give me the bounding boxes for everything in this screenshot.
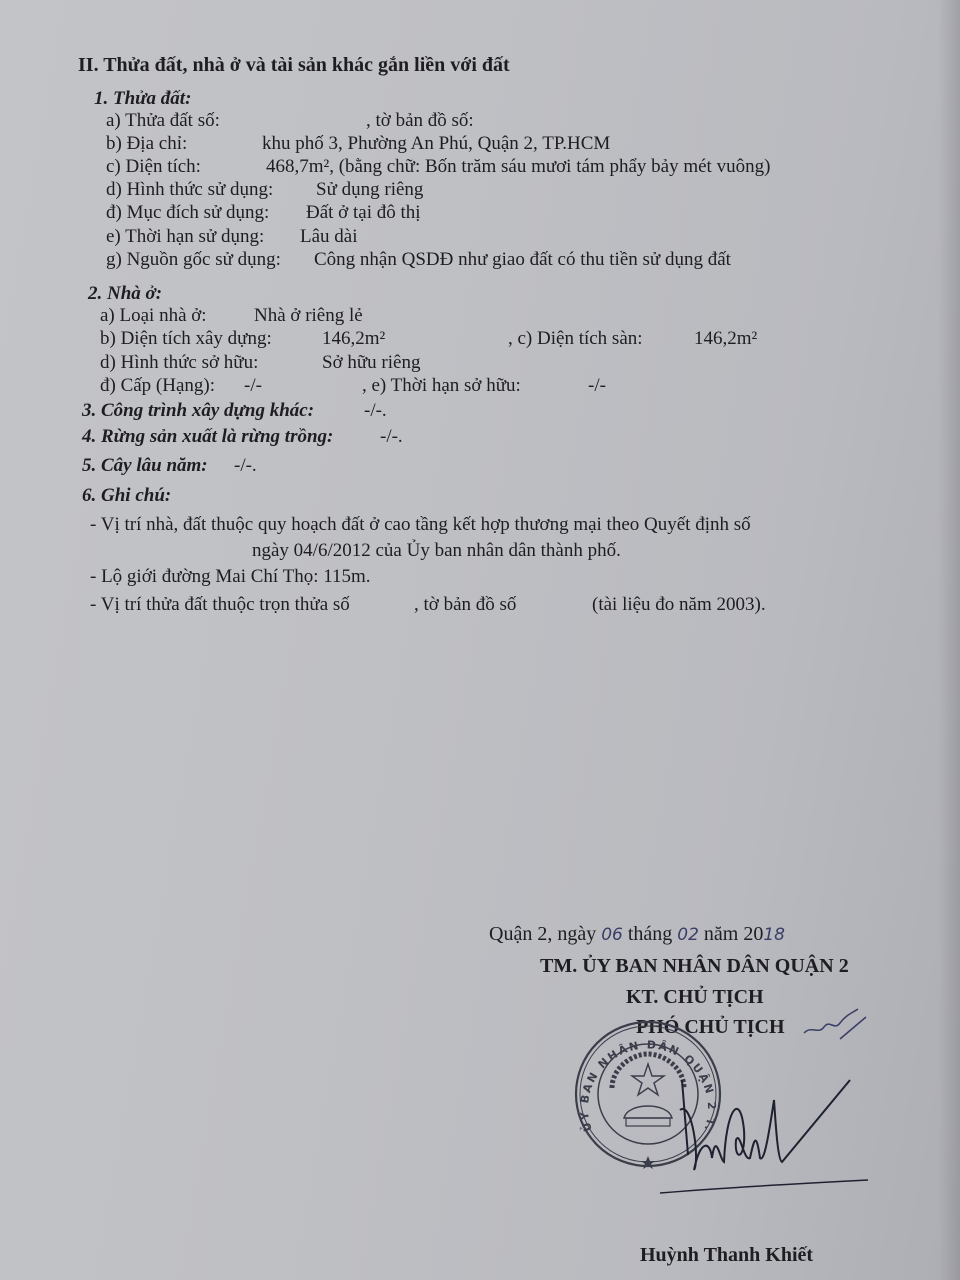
- land-origin-label: g) Nguồn gốc sử dụng:: [106, 249, 281, 271]
- forest-value: -/-.: [380, 426, 403, 448]
- signing-organization: TM. ỦY BAN NHÂN DÂN QUẬN 2: [540, 955, 849, 977]
- land-parcel-label: a) Thửa đất số:: [106, 110, 220, 132]
- initial-mark-icon: [800, 1005, 870, 1045]
- date-place: Quận 2, ngày: [489, 923, 596, 945]
- date-year-label: năm 20: [704, 923, 763, 945]
- land-heading: 1. Thửa đất:: [94, 88, 191, 110]
- house-build-area-label: b) Diện tích xây dựng:: [100, 328, 272, 350]
- perennial-heading: 5. Cây lâu năm:: [82, 455, 208, 477]
- house-floor-area-label: , c) Diện tích sàn:: [508, 328, 643, 350]
- notes-line-3b: , tờ bản đồ số: [414, 594, 516, 616]
- signer-name: Huỳnh Thanh Khiết: [640, 1244, 813, 1266]
- house-build-area-value: 146,2m²: [322, 328, 385, 350]
- house-heading: 2. Nhà ở:: [88, 283, 162, 305]
- signature-mark-icon: [640, 1070, 870, 1200]
- land-term-label: e) Thời hạn sử dụng:: [106, 226, 264, 248]
- date-month-label: tháng: [628, 923, 672, 945]
- land-area-value: 468,7m², (bằng chữ: Bốn trăm sáu mươi tá…: [266, 156, 770, 178]
- section-title: II. Thửa đất, nhà ở và tài sản khác gắn …: [78, 54, 510, 76]
- house-ownership-value: Sở hữu riêng: [322, 352, 420, 374]
- house-type-value: Nhà ở riêng lẻ: [254, 305, 363, 327]
- house-ownership-label: d) Hình thức sở hữu:: [100, 352, 258, 374]
- land-purpose-label: đ) Mục đích sử dụng:: [106, 202, 269, 224]
- land-area-label: c) Diện tích:: [106, 156, 201, 178]
- house-grade-label: đ) Cấp (Hạng):: [100, 375, 215, 397]
- land-use-form-value: Sử dụng riêng: [316, 179, 423, 201]
- forest-heading: 4. Rừng sản xuất là rừng trồng:: [82, 426, 333, 448]
- land-origin-value: Công nhận QSDĐ như giao đất có thu tiền …: [314, 249, 731, 271]
- land-purpose-value: Đất ở tại đô thị: [306, 202, 421, 224]
- date-month: 02: [677, 925, 699, 945]
- land-term-value: Lâu dài: [300, 226, 358, 248]
- other-works-heading: 3. Công trình xây dựng khác:: [82, 400, 314, 422]
- house-floor-area-value: 146,2m²: [694, 328, 757, 350]
- notes-line-3a: - Vị trí thửa đất thuộc trọn thửa số: [90, 594, 350, 616]
- notes-line-3c: (tài liệu đo năm 2003).: [592, 594, 766, 616]
- notes-line-2: - Lộ giới đường Mai Chí Thọ: 115m.: [90, 566, 371, 588]
- date-day: 06: [601, 925, 623, 945]
- notes-line-1b: ngày 04/6/2012 của Ủy ban nhân dân thành…: [252, 540, 621, 562]
- land-address-value: khu phố 3, Phường An Phú, Quận 2, TP.HCM: [262, 133, 610, 155]
- perennial-value: -/-.: [234, 455, 257, 477]
- notes-heading: 6. Ghi chú:: [82, 485, 171, 507]
- house-own-term-label: , e) Thời hạn sở hữu:: [362, 375, 521, 397]
- land-address-label: b) Địa chỉ:: [106, 133, 187, 155]
- land-map-label: , tờ bản đồ số:: [366, 110, 474, 132]
- other-works-value: -/-.: [364, 400, 387, 422]
- date-year: 18: [763, 925, 785, 945]
- page-edge-shadow: [938, 0, 960, 1280]
- notes-line-1: - Vị trí nhà, đất thuộc quy hoạch đất ở …: [90, 514, 751, 536]
- signature-date: Quận 2, ngày 06 tháng 02 năm 2018: [489, 923, 785, 946]
- house-type-label: a) Loại nhà ở:: [100, 305, 207, 327]
- signing-role-1: KT. CHỦ TỊCH: [626, 986, 764, 1008]
- document-page: II. Thửa đất, nhà ở và tài sản khác gắn …: [0, 0, 960, 1280]
- house-grade-value: -/-: [244, 375, 262, 397]
- land-use-form-label: d) Hình thức sử dụng:: [106, 179, 273, 201]
- house-own-term-value: -/-: [588, 375, 606, 397]
